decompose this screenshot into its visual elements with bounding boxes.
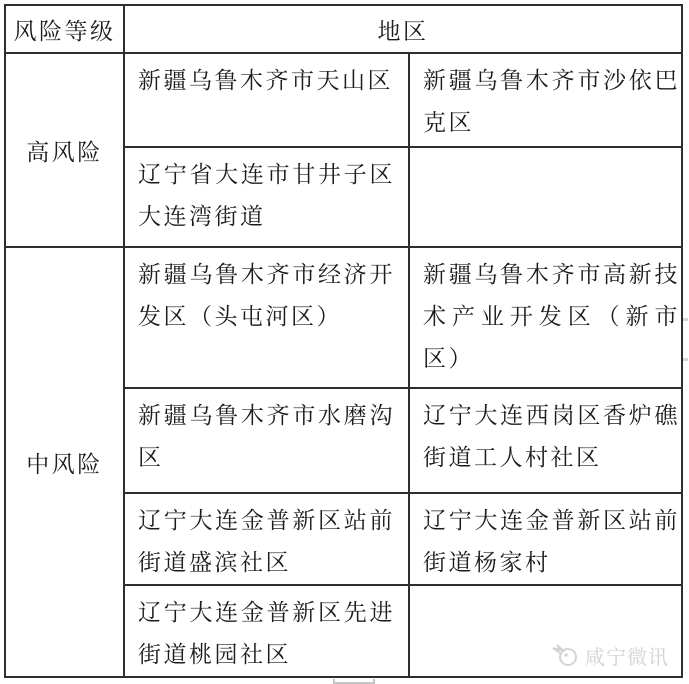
risk-region-table: 风险等级 地区 高风险 新疆乌鲁木齐市天山区 新疆乌鲁木齐市沙依巴克区 辽宁省大… xyxy=(4,4,683,678)
cell-text: 辽宁省大连市甘井子区大连湾街道 xyxy=(138,154,395,238)
table-cell: 新疆乌鲁木齐市天山区 xyxy=(124,53,409,147)
table-cell: 新疆乌鲁木齐市经济开发区（头屯河区） xyxy=(124,247,409,388)
page: 风险等级 地区 高风险 新疆乌鲁木齐市天山区 新疆乌鲁木齐市沙依巴克区 辽宁省大… xyxy=(0,0,689,684)
cell-text: 新疆乌鲁木齐市经济开发区（头屯河区） xyxy=(138,254,395,338)
cell-text: 辽宁大连金普新区先进街道桃园社区 xyxy=(138,592,395,676)
table-row: 中风险 新疆乌鲁木齐市经济开发区（头屯河区） 新疆乌鲁木齐市高新技术产业开发区（… xyxy=(5,247,682,388)
watermark: 咸宁微讯 xyxy=(551,641,669,670)
table-cell: 辽宁大连西岗区香炉礁街道工人村社区 xyxy=(409,388,682,493)
table-cell: 辽宁大连金普新区先进街道桃园社区 xyxy=(124,585,409,677)
edge-artifact xyxy=(333,679,375,684)
bird-logo-icon xyxy=(551,644,581,668)
cell-text: 新疆乌鲁木齐市水磨沟区 xyxy=(138,395,395,479)
table-cell: 新疆乌鲁木齐市沙依巴克区 xyxy=(409,53,682,147)
table-cell: 辽宁省大连市甘井子区大连湾街道 xyxy=(124,147,409,247)
table-cell: 辽宁大连金普新区站前街道盛滨社区 xyxy=(124,493,409,585)
header-region: 地区 xyxy=(124,5,682,53)
watermark-text: 咸宁微讯 xyxy=(585,641,669,670)
cell-text: 辽宁大连西岗区香炉礁街道工人村社区 xyxy=(423,395,680,479)
table-cell: 辽宁大连金普新区站前街道杨家村 xyxy=(409,493,682,585)
section-label-high-risk: 高风险 xyxy=(5,53,124,247)
cell-text: 新疆乌鲁木齐市高新技术产业开发区（新市区） xyxy=(423,254,680,380)
cell-text: 辽宁大连金普新区站前街道盛滨社区 xyxy=(138,500,395,584)
table-cell: 新疆乌鲁木齐市高新技术产业开发区（新市区） xyxy=(409,247,682,388)
table-row: 高风险 新疆乌鲁木齐市天山区 新疆乌鲁木齐市沙依巴克区 xyxy=(5,53,682,147)
table-cell-watermark: 咸宁微讯 xyxy=(409,585,682,677)
table-cell: 新疆乌鲁木齐市水磨沟区 xyxy=(124,388,409,493)
header-row: 风险等级 地区 xyxy=(5,5,682,53)
section-label-medium-risk: 中风险 xyxy=(5,247,124,677)
edge-artifact xyxy=(683,358,688,361)
header-risk-level: 风险等级 xyxy=(5,5,124,53)
edge-artifact xyxy=(683,318,688,321)
cell-text: 新疆乌鲁木齐市天山区 xyxy=(138,60,395,102)
table-cell-empty xyxy=(409,147,682,247)
cell-text: 新疆乌鲁木齐市沙依巴克区 xyxy=(423,60,680,144)
cell-text: 辽宁大连金普新区站前街道杨家村 xyxy=(423,500,680,584)
